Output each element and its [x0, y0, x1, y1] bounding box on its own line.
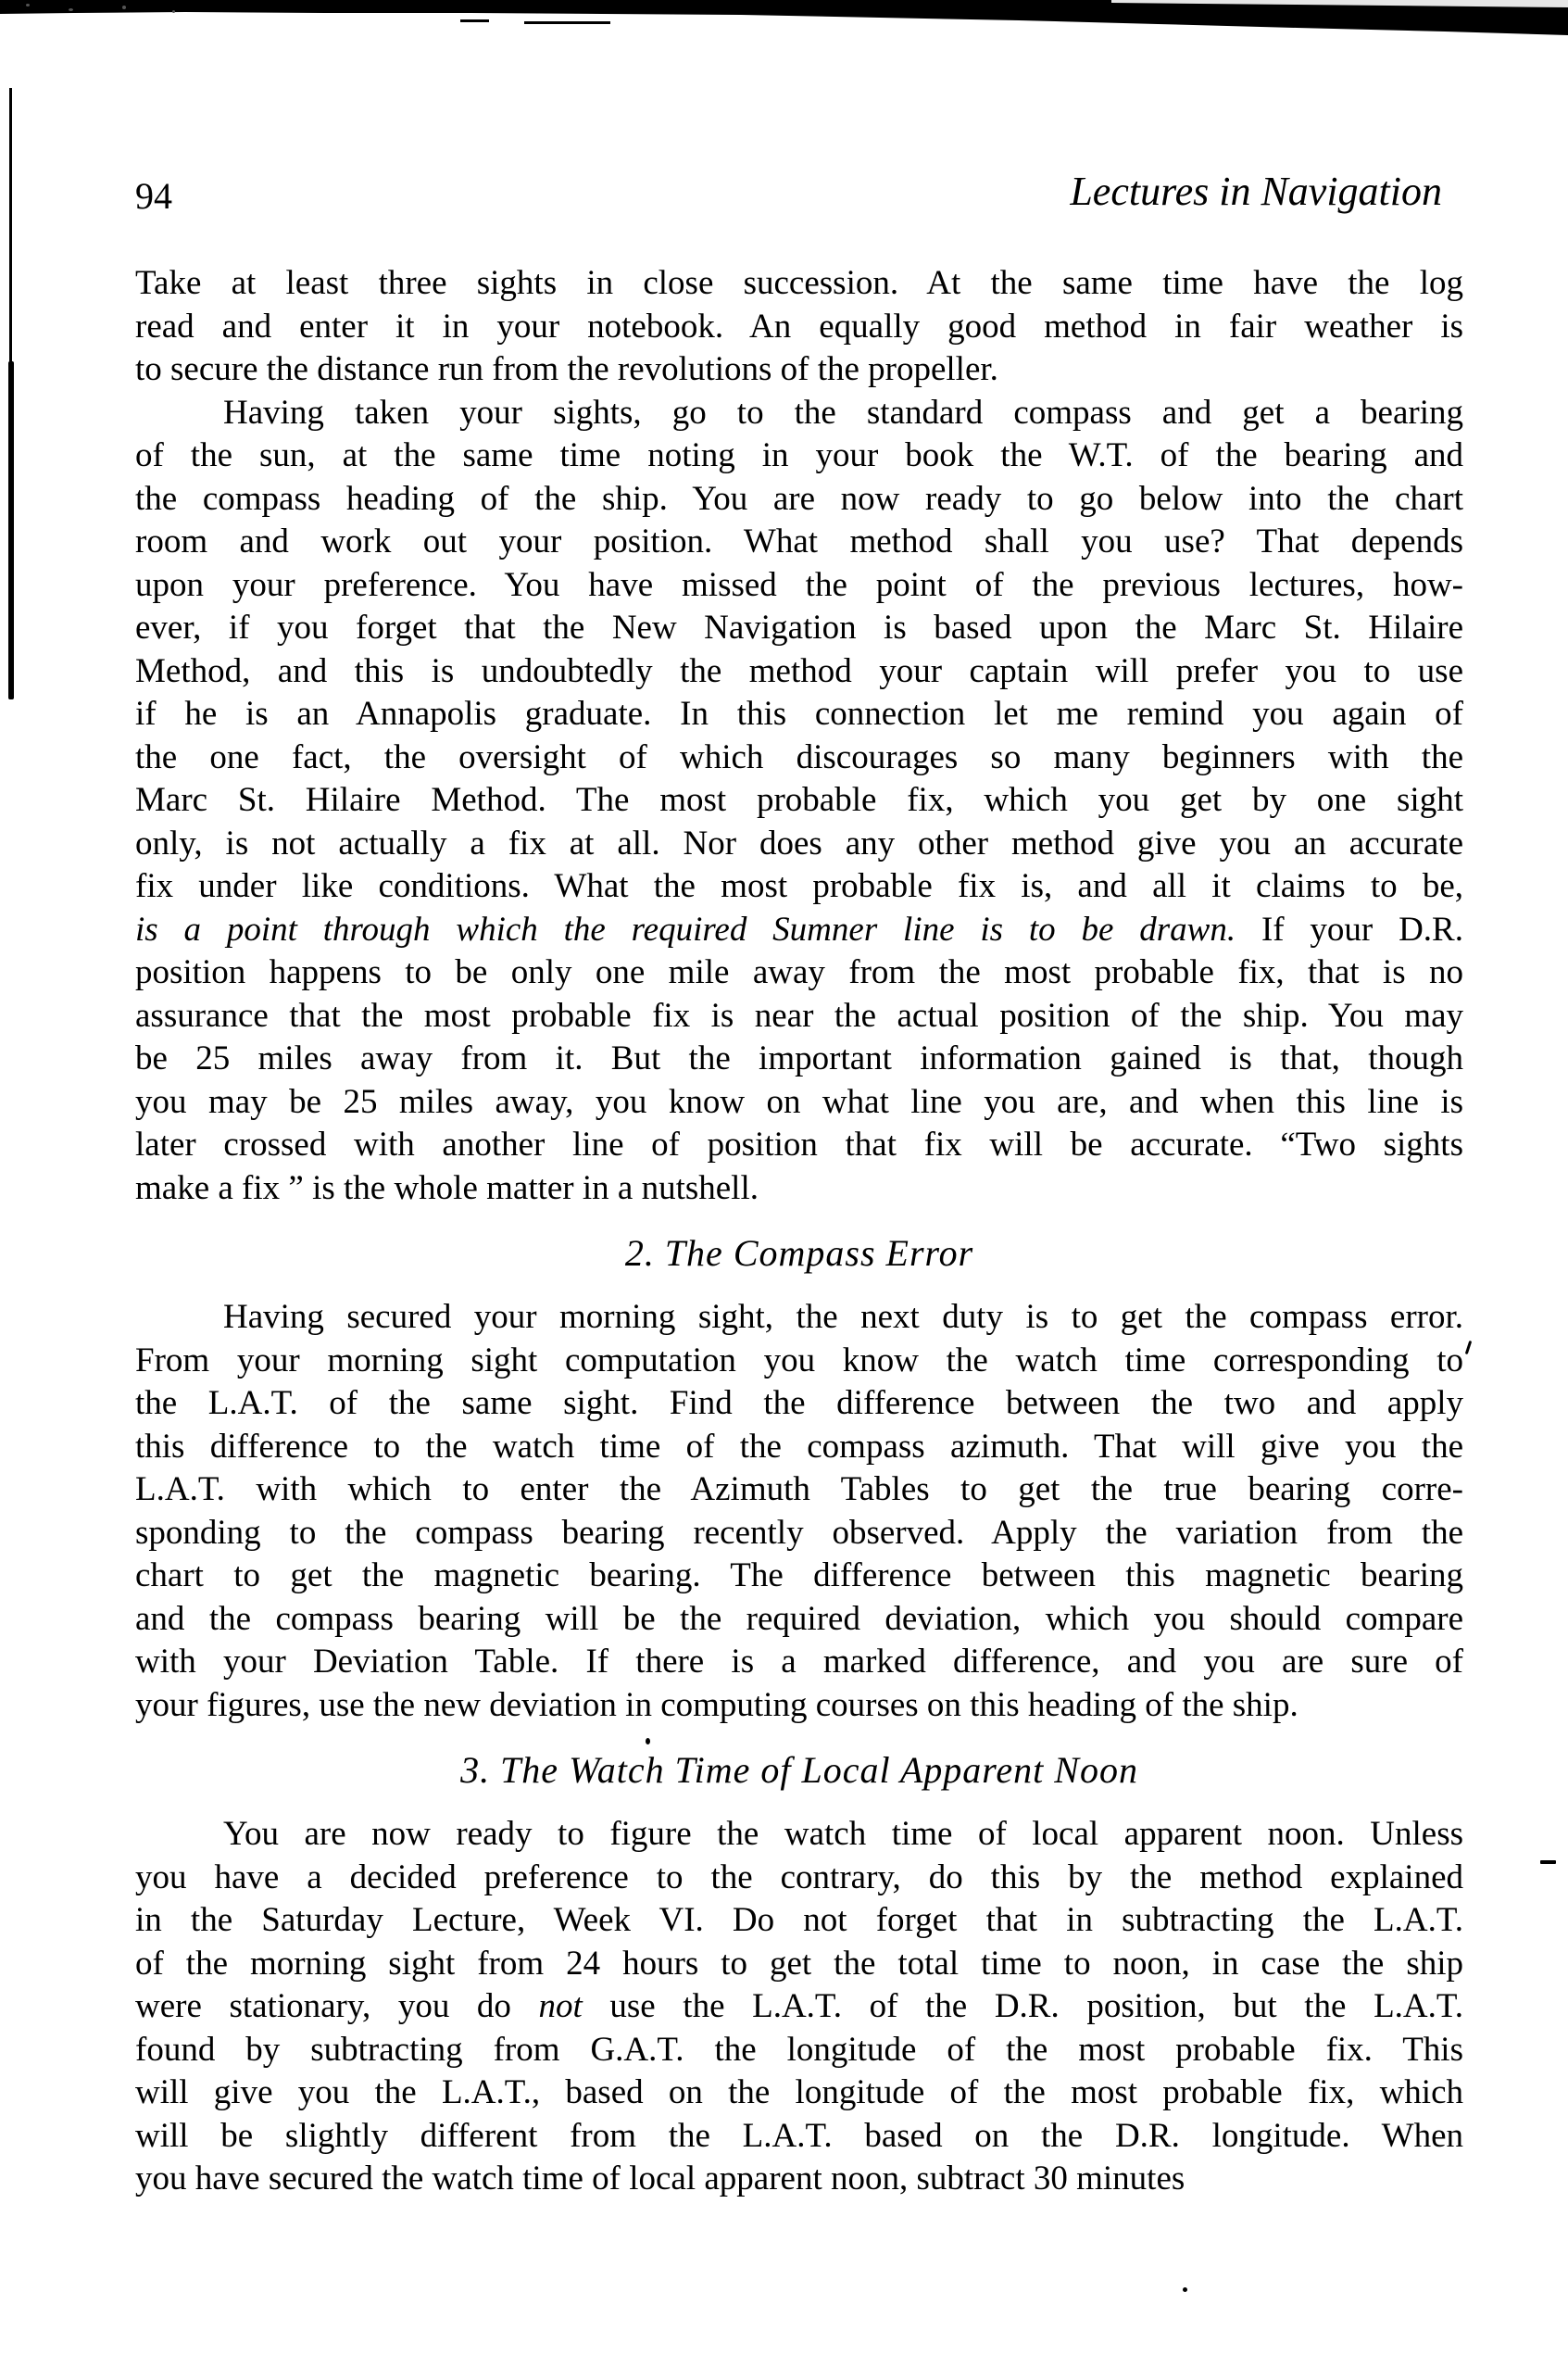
text-line: the compass heading of the ship. You are… — [135, 478, 1463, 522]
text-line: assurance that the most probable fix is … — [135, 995, 1463, 1039]
paragraph: Having secured your morning sight, the n… — [135, 1296, 1463, 1727]
text-line: were stationary, you do not use the L.A.… — [135, 1985, 1463, 2029]
scan-top-band — [0, 0, 1568, 44]
text-line: room and work out your position. What me… — [135, 521, 1463, 564]
scan-stray-dot — [1183, 2287, 1187, 2292]
text-flow: Take at least three sights in close succ… — [135, 262, 1463, 2201]
text-line: make a fix ” is the whole matter in a nu… — [135, 1167, 1463, 1211]
paragraph: Take at least three sights in close succ… — [135, 262, 1463, 392]
text-line: ever, if you forget that the New Navigat… — [135, 607, 1463, 650]
section-heading: 3. The Watch Time of Local Apparent Noon — [135, 1749, 1463, 1792]
text-line: Take at least three sights in close succ… — [135, 262, 1463, 306]
scan-speck — [122, 6, 126, 9]
page-number: 94 — [135, 176, 172, 217]
paragraph: You are now ready to figure the watch ti… — [135, 1813, 1463, 2201]
scan-margin-dash — [1540, 1860, 1556, 1864]
text-line: this difference to the watch time of the… — [135, 1426, 1463, 1469]
text-line: L.A.T. with which to enter the Azimuth T… — [135, 1468, 1463, 1512]
text-line: Method, and this is undoubtedly the meth… — [135, 650, 1463, 694]
text-line: found by subtracting from G.A.T. the lon… — [135, 2029, 1463, 2072]
text-line: later crossed with another line of posit… — [135, 1124, 1463, 1167]
text-line: you have a decided preference to the con… — [135, 1857, 1463, 1900]
section-heading: 2. The Compass Error — [135, 1232, 1463, 1275]
text-line: Having taken your sights, go to the stan… — [135, 392, 1463, 435]
book-page: 94 Lectures in Navigation Take at least … — [0, 0, 1568, 2380]
text-line: with your Deviation Table. If there is a… — [135, 1641, 1463, 1684]
text-line: Marc St. Hilaire Method. The most probab… — [135, 779, 1463, 823]
scan-stray-mark — [1465, 1341, 1472, 1354]
text-line: chart to get the magnetic bearing. The d… — [135, 1555, 1463, 1598]
text-line: the one fact, the oversight of which dis… — [135, 737, 1463, 780]
text-line: position happens to be only one mile awa… — [135, 951, 1463, 995]
scan-speck — [172, 10, 175, 13]
text-line: will be slightly different from the L.A.… — [135, 2115, 1463, 2159]
text-line: only, is not actually a fix at all. Nor … — [135, 823, 1463, 866]
running-title: Lectures in Navigation — [1070, 170, 1442, 214]
text-line: be 25 miles away from it. But the import… — [135, 1038, 1463, 1081]
scan-speck — [26, 4, 30, 6]
text-line: you may be 25 miles away, you know on wh… — [135, 1081, 1463, 1125]
text-line: of the sun, at the same time noting in y… — [135, 434, 1463, 478]
text-line: fix under like conditions. What the most… — [135, 865, 1463, 909]
text-line: From your morning sight computation you … — [135, 1340, 1463, 1383]
text-line: upon your preference. You have missed th… — [135, 564, 1463, 608]
text-line: is a point through which the required Su… — [135, 909, 1463, 952]
paragraph: Having taken your sights, go to the stan… — [135, 392, 1463, 1211]
text-line: and the compass bearing will be the requ… — [135, 1598, 1463, 1642]
scan-left-rule-thick — [8, 361, 14, 699]
text-line: sponding to the compass bearing recently… — [135, 1512, 1463, 1555]
scan-speck — [69, 8, 73, 11]
scan-dash — [460, 19, 489, 22]
text-line: if he is an Annapolis graduate. In this … — [135, 693, 1463, 737]
text-line: of the morning sight from 24 hours to ge… — [135, 1943, 1463, 1986]
text-line: your figures, use the new deviation in c… — [135, 1684, 1463, 1728]
text-line: read and enter it in your notebook. An e… — [135, 306, 1463, 349]
text-line: to secure the distance run from the revo… — [135, 348, 1463, 392]
text-line: in the Saturday Lecture, Week VI. Do not… — [135, 1899, 1463, 1943]
text-line: you have secured the watch time of local… — [135, 2158, 1463, 2201]
text-line: Having secured your morning sight, the n… — [135, 1296, 1463, 1340]
scan-dash — [524, 21, 610, 24]
text-line: will give you the L.A.T., based on the l… — [135, 2071, 1463, 2115]
text-line: You are now ready to figure the watch ti… — [135, 1813, 1463, 1857]
text-line: the L.A.T. of the same sight. Find the d… — [135, 1382, 1463, 1426]
